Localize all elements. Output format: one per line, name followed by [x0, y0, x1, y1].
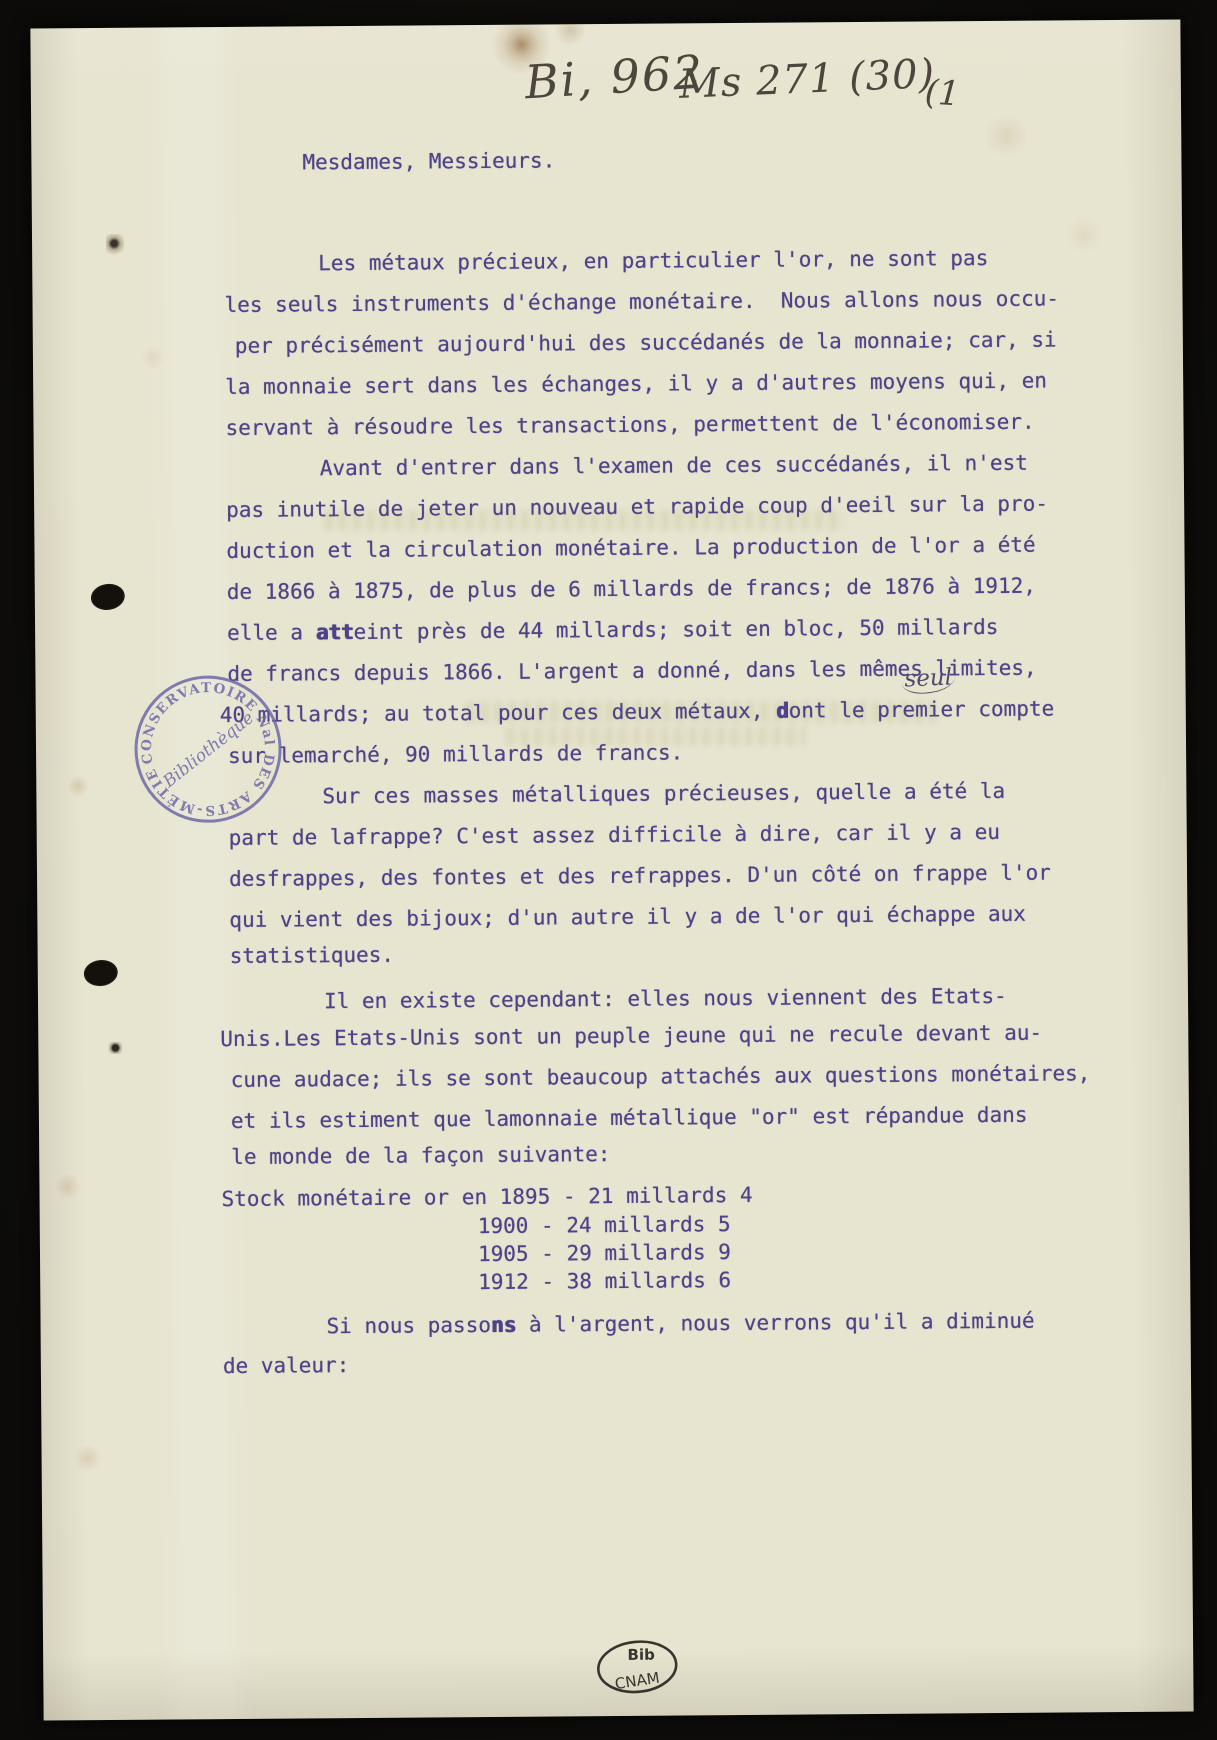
typed-line: statistiques. [230, 942, 395, 969]
typed-line: servant à résoudre les transactions, per… [225, 409, 1034, 441]
typed-line: Sur ces masses métalliques précieuses, q… [322, 778, 1005, 809]
pin-mark [108, 1042, 122, 1054]
typed-line: Si nous passons à l'argent, nous verrons… [326, 1308, 1034, 1340]
typed-line: pas inutile de jeter un nouveau et rapid… [226, 491, 1048, 523]
typed-line: elle a atteint près de 44 millards; soit… [227, 614, 998, 646]
typed-line: de 1866 à 1875, de plus de 6 millards de… [227, 573, 1036, 605]
typed-line: per précisément aujourd'hui des succédan… [235, 326, 1057, 358]
svg-text:CONSERVATOIRE Nal DES ARTS-MÉT: CONSERVATOIRE Nal DES ARTS-MÉTIERS ✱ [101, 642, 292, 840]
page-number-annotation: (1 [924, 72, 961, 114]
typed-line: le monde de la façon suivante: [231, 1141, 610, 1170]
stamp-ring-text: CONSERVATOIRE Nal DES ARTS-MÉTIERS ✱ [101, 642, 292, 840]
typed-line: 40 millards; au total pour ces deux méta… [220, 696, 1055, 729]
typed-line: de valeur: [223, 1352, 350, 1379]
shelfmark-annotation-right: Ms 271 (30) [678, 51, 936, 108]
scanned-page-background: Bi, 962 Ms 271 (30) (1 seul Mesdames, Me… [0, 0, 1217, 1740]
stamp-center-text: Bibliothèque [159, 708, 258, 792]
typed-line: Les métaux précieux, en particulier l'or… [318, 245, 988, 276]
typed-line: part de lafrappe? C'est assez difficile … [229, 819, 1000, 851]
typed-line: Stock monétaire or en 1895 - 21 millards… [221, 1182, 752, 1212]
typed-line: Il en existe cependant: elles nous vienn… [324, 983, 1007, 1014]
typed-line: 1905 - 29 millards 9 [478, 1239, 731, 1267]
typed-line: la monnaie sert dans les échanges, il y … [225, 368, 1047, 400]
typed-line: cune audace; ils se sont beaucoup attach… [231, 1060, 1091, 1093]
oval-stamp-top-text: Bib [627, 1646, 655, 1664]
typed-line: Unis.Les Etats-Unis sont un peuple jeune… [220, 1020, 1042, 1052]
typed-line: les seuls instruments d'échange monétair… [224, 285, 1059, 318]
typed-line: Avant d'entrer dans l'examen de ces succ… [320, 450, 1028, 482]
typed-line: desfrappes, des fontes et des refrappes.… [229, 860, 1051, 892]
hole-punch [89, 582, 126, 613]
typed-line: Mesdames, Messieurs. [302, 147, 555, 175]
typed-text-layer: Mesdames, Messieurs.Les métaux précieux,… [30, 20, 1180, 29]
typed-line: et ils estiment que lamonnaie métallique… [231, 1102, 1028, 1134]
typed-line: 1912 - 38 millards 6 [478, 1267, 731, 1295]
typed-line: 1900 - 24 millards 5 [478, 1211, 731, 1239]
typed-line: duction et la circulation monétaire. La … [226, 532, 1035, 564]
cnam-oval-stamp: Bib CNAM [593, 1635, 681, 1698]
hole-punch [82, 958, 119, 988]
paper-sheet: Bi, 962 Ms 271 (30) (1 seul Mesdames, Me… [30, 20, 1193, 1721]
typed-line: qui vient des bijoux; d'un autre il y a … [229, 901, 1026, 933]
staple-mark [106, 234, 124, 258]
